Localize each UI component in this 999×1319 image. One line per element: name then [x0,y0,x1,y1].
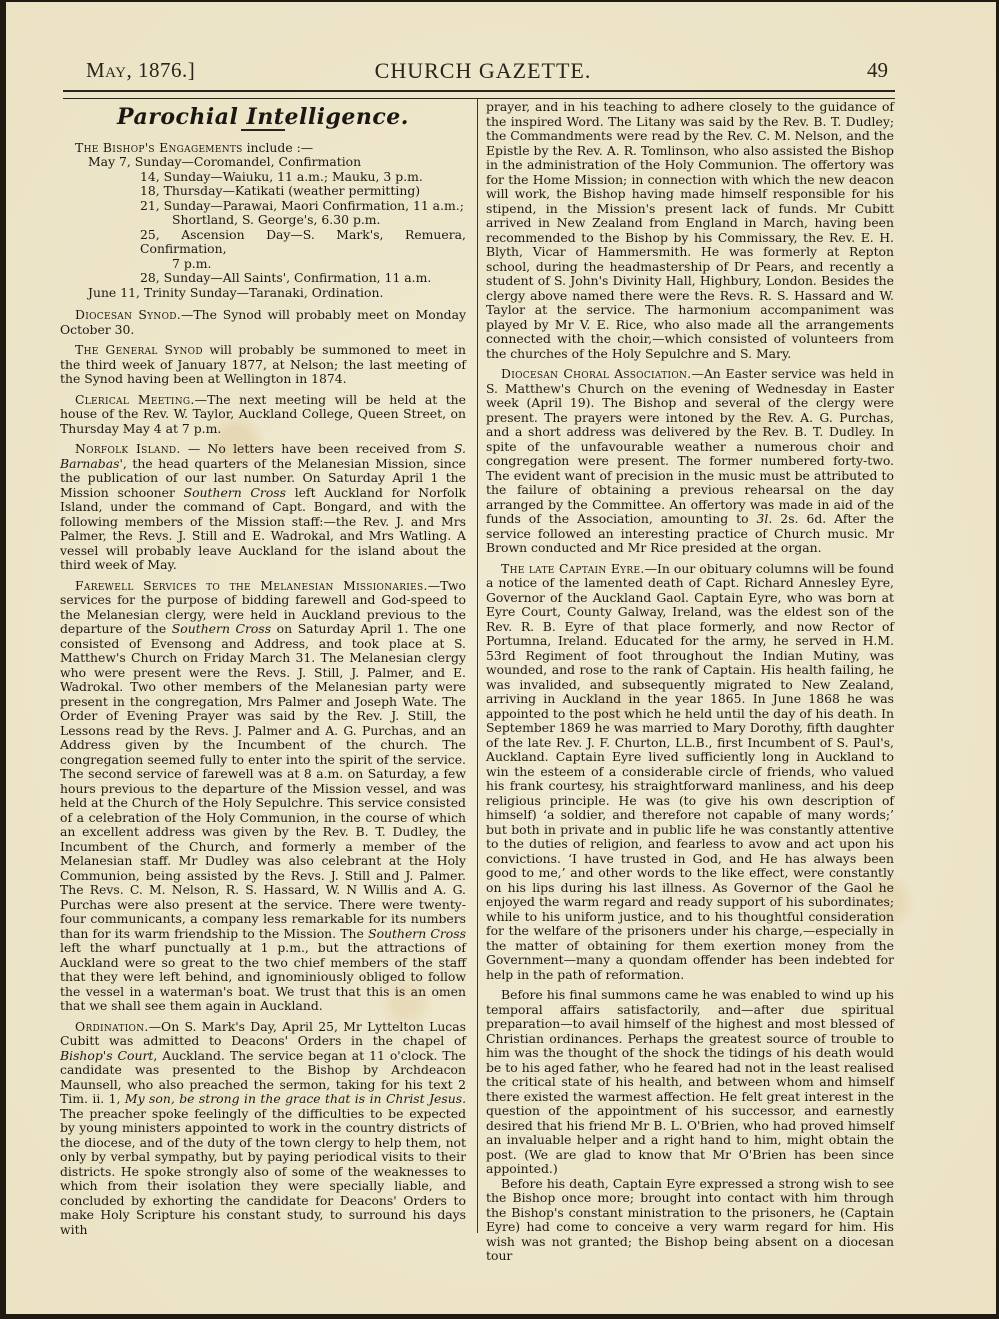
engagement-line: 28, Sunday—All Saints', Confirmation, 11… [60,271,466,286]
bishops-engagements: The Bishop's Engagements include :— May … [60,141,466,301]
section-title: Parochial Intelligence. [60,110,466,125]
item-heading: Ordination. [75,1019,149,1034]
right-column: prayer, and in his teaching to adhere cl… [486,100,894,1270]
general-synod-paragraph: The General Synod will probably be summo… [60,343,466,387]
engagement-line: 7 p.m. [60,257,466,272]
item-heading: Farewell Services to the Melanesian Miss… [75,578,428,593]
item-heading: The Bishop's Engagements [75,140,243,155]
left-column: Parochial Intelligence. The Bishop's Eng… [60,100,466,1243]
engagement-line: 14, Sunday—Waiuku, 11 a.m.; Mauku, 3 p.m… [60,170,466,185]
engagement-line: 21, Sunday—Parawai, Maori Confirmation, … [60,199,466,214]
publication-title: CHURCH GAZETTE. [78,58,888,84]
captain-eyre-paragraph-2: Before his final summons came he was ena… [486,988,894,1177]
norfolk-island-paragraph: Norfolk Island. — No letters have been r… [60,442,466,573]
item-heading: Diocesan Choral Association. [501,366,691,381]
choral-association-paragraph: Diocesan Choral Association.—An Easter s… [486,367,894,556]
page-number: 49 [867,58,888,83]
captain-eyre-paragraph: The late Captain Eyre.—In our obituary c… [486,562,894,983]
ordination-continued-paragraph: prayer, and in his teaching to adhere cl… [486,100,894,361]
item-heading: Diocesan Synod. [75,307,181,322]
ordination-paragraph: Ordination.—On S. Mark's Day, April 25, … [60,1020,466,1238]
clerical-meeting-paragraph: Clerical Meeting.—The next meeting will … [60,393,466,437]
farewell-services-paragraph: Farewell Services to the Melanesian Miss… [60,579,466,1014]
header-rule [63,90,895,99]
newspaper-page: May, 1876.] CHURCH GAZETTE. 49 Parochial… [6,2,996,1314]
item-heading: Norfolk Island. [75,441,181,456]
engagement-line: May 7, Sunday—Coromandel, Confirmation [60,155,466,170]
engagement-line: Shortland, S. George's, 6.30 p.m. [60,213,466,228]
diocesan-synod-paragraph: Diocesan Synod.—The Synod will probably … [60,308,466,337]
engagement-line: June 11, Trinity Sunday—Taranaki, Ordina… [60,286,466,301]
running-header: May, 1876.] CHURCH GAZETTE. 49 [78,58,888,88]
column-divider [477,98,478,1233]
captain-eyre-paragraph-3: Before his death, Captain Eyre expressed… [486,1177,894,1264]
item-heading: The late Captain Eyre. [501,561,645,576]
item-heading: The General Synod [75,342,203,357]
item-heading: Clerical Meeting. [75,392,195,407]
engagement-line: 18, Thursday—Katikati (weather permittin… [60,184,466,199]
engagement-line: 25, Ascension Day—S. Mark's, Remuera, Co… [60,228,466,257]
